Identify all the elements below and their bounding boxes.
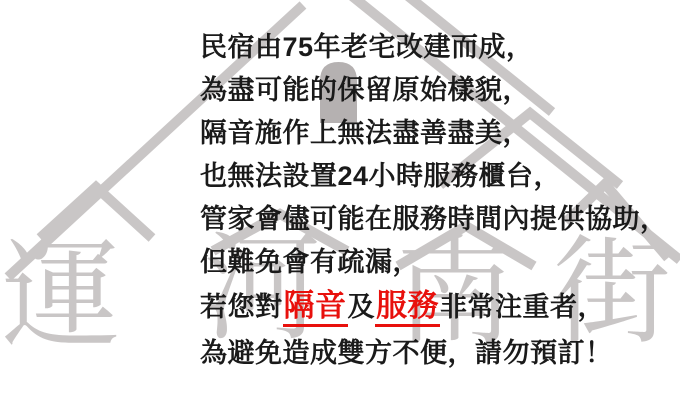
notice-line-8: 為避免造成雙方不便，請勿預訂！ xyxy=(200,332,670,375)
emphasis-service: 服務 xyxy=(375,288,440,327)
line7-connector: 及 xyxy=(348,292,376,322)
line7-suffix: 非常注重者， xyxy=(440,292,605,322)
notice-line-5: 管家會儘可能在服務時間內提供協助， xyxy=(200,198,670,241)
notice-image: 運 河 南 街 民宿由75年老宅改建而成， 為盡可能的保留原始樣貌， 隔音施作上… xyxy=(0,0,680,408)
emphasis-soundproof: 隔音 xyxy=(283,288,348,327)
notice-line-4: 也無法設置24小時服務櫃台， xyxy=(200,155,670,198)
notice-line-6: 但難免會有疏漏， xyxy=(200,241,670,284)
notice-line-7: 若您對隔音及服務非常注重者， xyxy=(200,284,670,330)
line7-prefix: 若您對 xyxy=(200,292,283,322)
notice-line-2: 為盡可能的保留原始樣貌， xyxy=(200,69,670,112)
guesthouse-notice: 民宿由75年老宅改建而成， 為盡可能的保留原始樣貌， 隔音施作上無法盡善盡美， … xyxy=(200,26,670,375)
notice-line-1: 民宿由75年老宅改建而成， xyxy=(200,26,670,69)
notice-line-3: 隔音施作上無法盡善盡美， xyxy=(200,112,670,155)
